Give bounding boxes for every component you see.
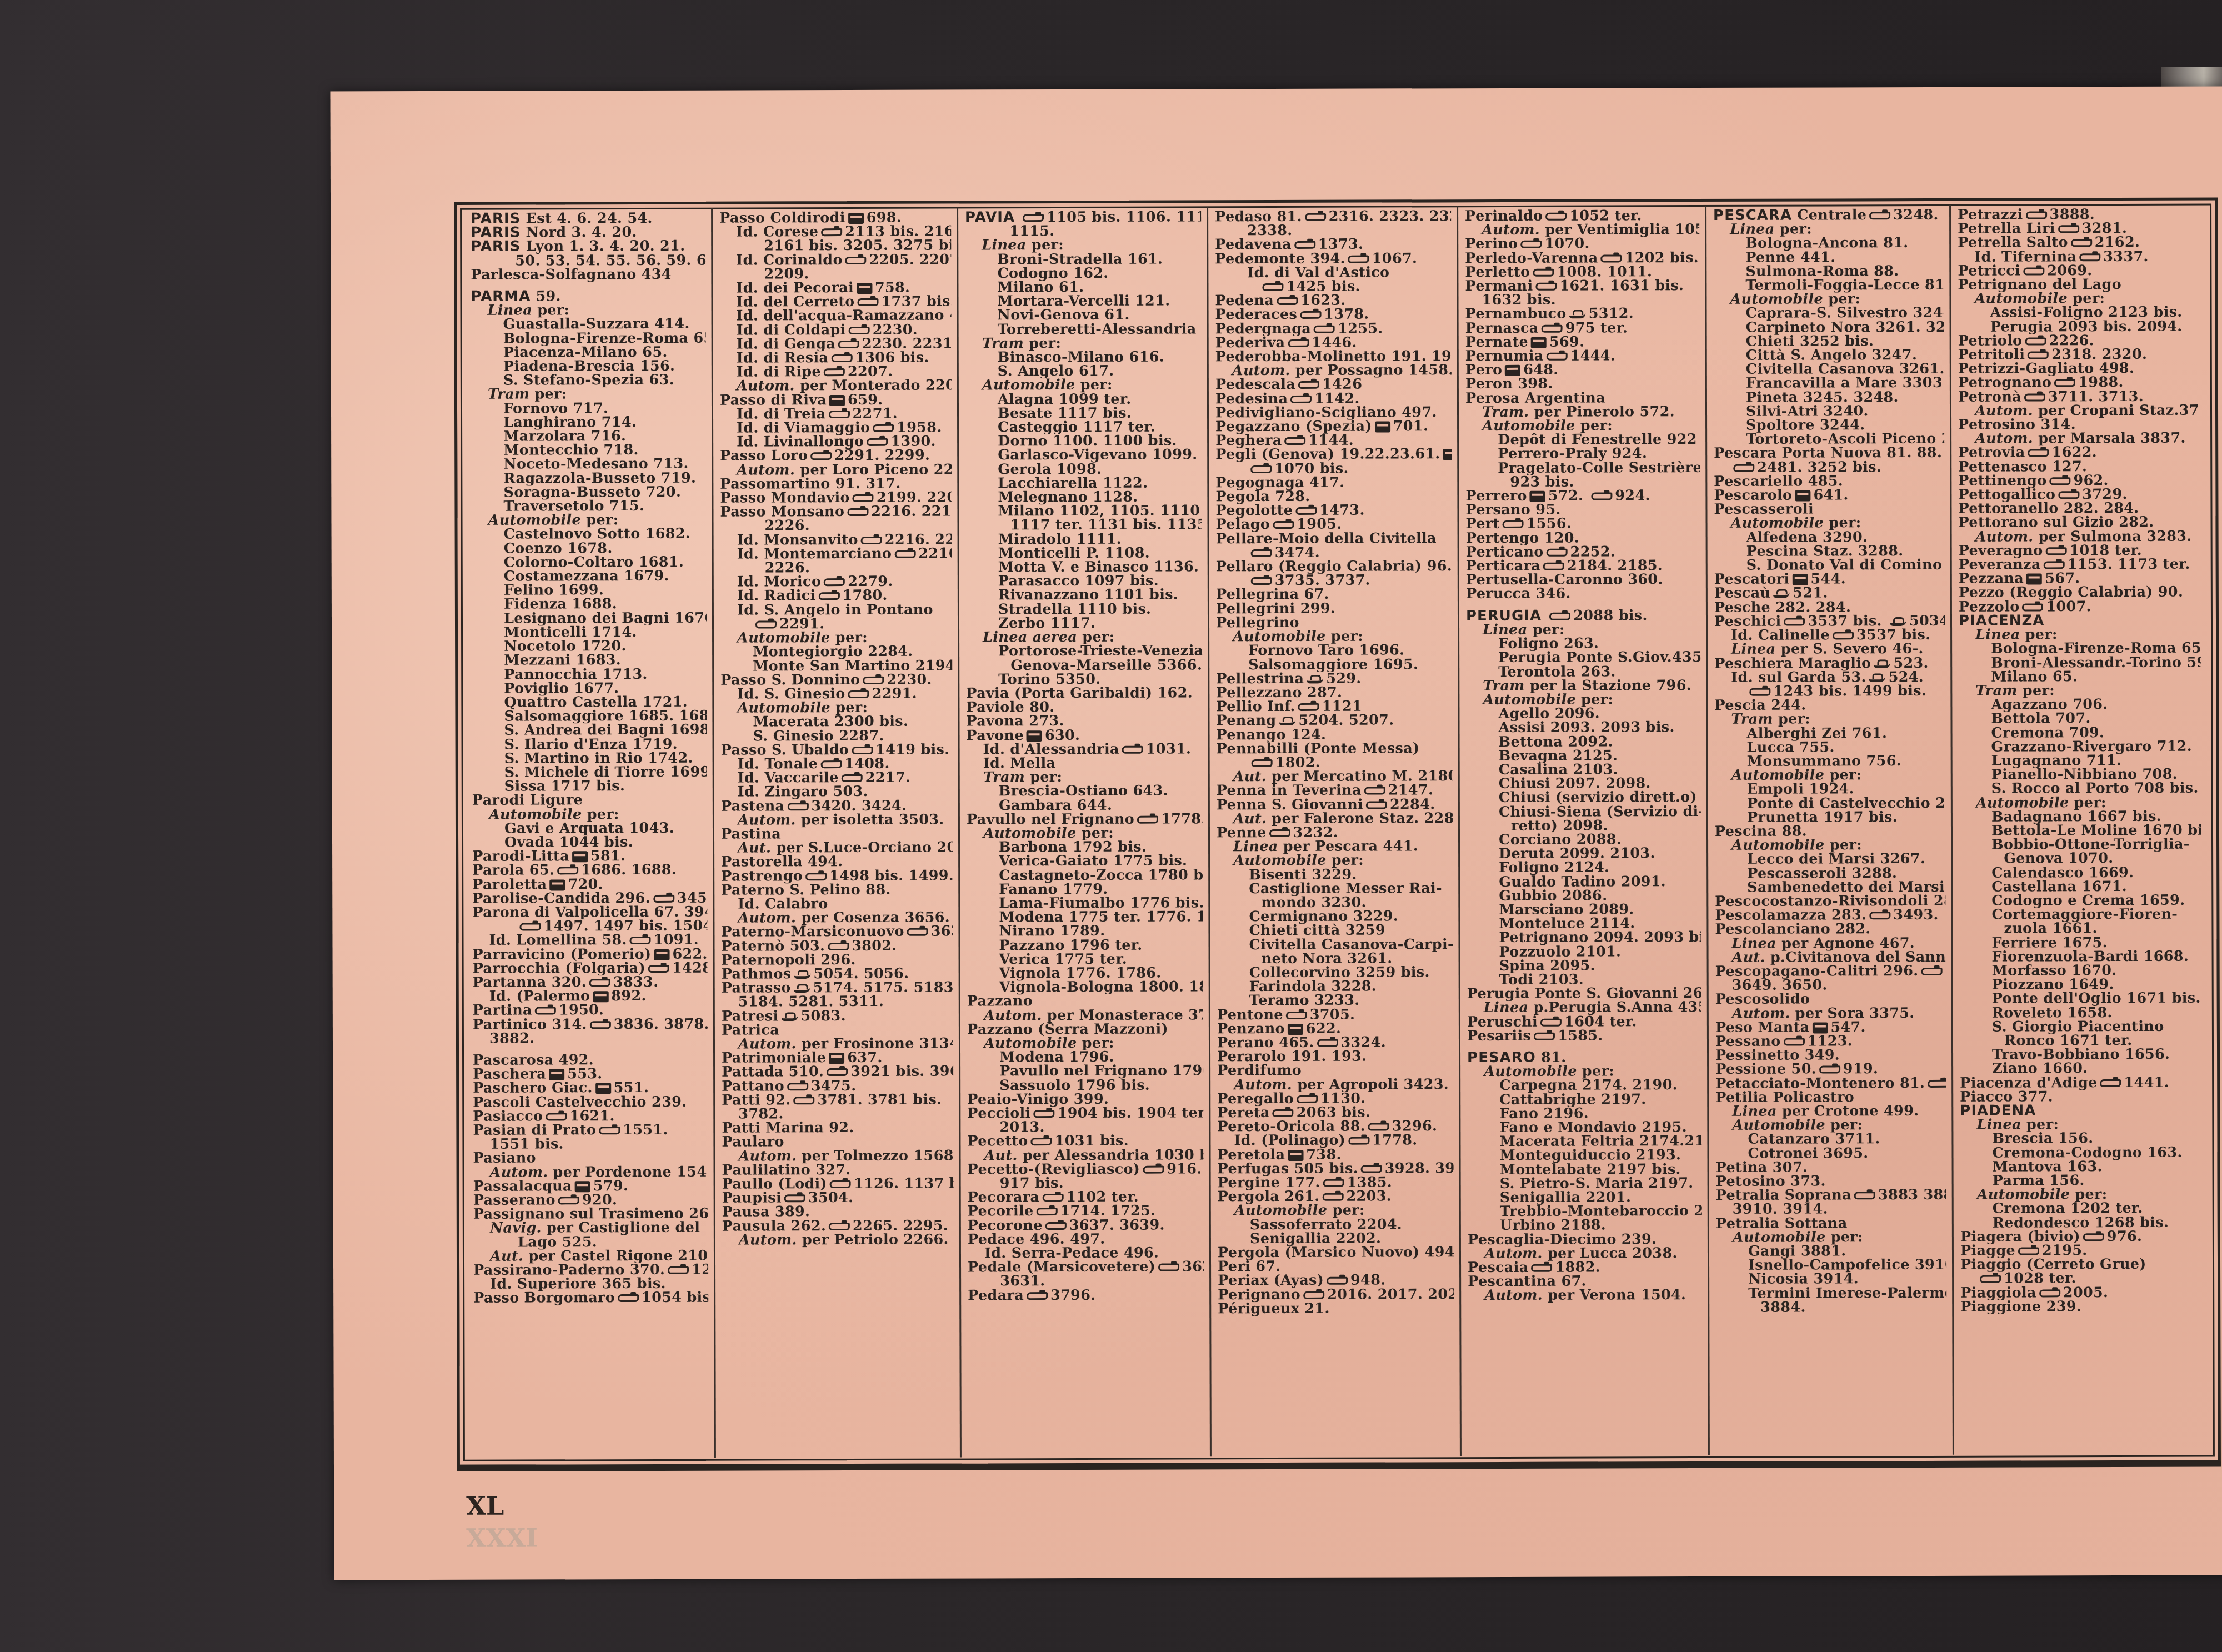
car-icon [2045, 547, 2066, 555]
tram-icon [1288, 1150, 1303, 1161]
entry-refs: 1446. [1312, 336, 1357, 350]
index-entry: Paroletta720. [472, 877, 707, 892]
entry-text: Peaio-Vinigo 399. [967, 1092, 1109, 1107]
entry-text: Gambara 644. [999, 798, 1112, 813]
entry-text: per: [1080, 378, 1113, 393]
index-entry: Automobile per: [720, 701, 952, 715]
car-icon [653, 895, 674, 903]
car-icon [1869, 212, 1890, 219]
index-entry: Automobile per: [1715, 768, 1945, 783]
entry-text: Paschero Giac. [473, 1081, 593, 1095]
entry-text: Passo Coldirodi [719, 211, 845, 226]
index-entry: Salsomaggiore 1695. [1216, 658, 1452, 672]
entry-text: Patti 92. [722, 1093, 790, 1107]
car-icon [1364, 787, 1385, 795]
entry-text: Parona di Valpolicella 67. 394. [472, 905, 707, 920]
index-entry: Linea per Crotone 499. [1715, 1104, 1946, 1119]
entry-text: Perletto [1465, 265, 1530, 279]
entry-text: Pergola (Marsico Nuovo) 494 bis [1218, 1245, 1454, 1260]
entry-text: per Monasterace 3723 [1047, 1008, 1203, 1023]
index-entry: Id. sul Garda 53.524. [1714, 670, 1945, 685]
entry-text: Assisi 2093. 2093 bis. [1498, 720, 1674, 735]
entry-text: Sulmona-Roma 88. [1745, 264, 1899, 279]
index-entry: Automobile per: [1715, 1118, 1946, 1133]
car-icon [535, 1007, 556, 1015]
entry-refs: 3735. 3737. [1275, 573, 1370, 588]
index-entry: Redondesco 1268 bis. [1960, 1215, 2203, 1230]
entry-text: Alfedena 3290. [1746, 530, 1868, 545]
index-entry: Parolise-Candida 296.3455. [472, 891, 707, 905]
entry-text: Torreberetti-Alessandria 125. [998, 322, 1202, 337]
index-entry: Termoli-Foggia-Lecce 81. [1713, 278, 1944, 293]
index-entry: Pedesina1142. [1215, 392, 1452, 406]
index-entry: 923 bis. [1465, 475, 1700, 489]
index-entry: Tram per: [1959, 684, 2201, 698]
index-entry: Novi-Genova 61. [965, 308, 1202, 323]
index-entry: Paschera553. [473, 1067, 708, 1082]
index-entry: Pernumia1444. [1465, 349, 1700, 363]
car-icon [1158, 1264, 1179, 1271]
entry-refs: 3455. [677, 891, 708, 905]
service-type-label: Automobile [737, 701, 830, 715]
entry-text: Ponte di Castelvecchio 2040 [1747, 796, 1945, 810]
entry-text: Id. Serra-Pedace 496. [984, 1246, 1159, 1260]
entry-refs: 581. [590, 849, 625, 864]
entry-text: Perugia 2093 bis. 2094. [1990, 319, 2183, 334]
car-icon [1298, 703, 1319, 711]
entry-text: per: [1032, 238, 1064, 253]
car-icon [1036, 1208, 1057, 1215]
index-entry: Automobile per: [1713, 292, 1944, 307]
entry-refs: 3833. [613, 975, 658, 990]
entry-text: Perucca 346. [1466, 587, 1571, 602]
index-entry: Bettola 707. [1959, 712, 2201, 726]
index-entry: Lago 525. [473, 1235, 708, 1249]
index-entry: Castelnovo Sotto 1682. [472, 527, 707, 542]
index-entry: Broni-Stradella 161. [965, 252, 1201, 267]
entry-text: Miradolo 1111. [998, 532, 1122, 547]
entry-text: Nocetolo 1720. [504, 639, 627, 654]
index-entry: Lugagnano 711. [1959, 754, 2201, 768]
index-entry: Bettola-Le Moline 1670 bis. [1959, 824, 2201, 838]
entry-text: Id. Mella [983, 756, 1056, 770]
index-entry: 3474. [1216, 545, 1452, 560]
index-entry: Automobile per: [1217, 854, 1453, 868]
entry-refs: 2199. 2202. [877, 491, 952, 505]
entry-text: Petralia Soprana [1716, 1188, 1851, 1203]
entry-text: per Sulmona 3283. [2039, 529, 2192, 544]
index-entry: Dorno 1100. 1100 bis. [965, 434, 1202, 449]
entry-text: per isoletta 3503. [801, 813, 944, 827]
entry-text: Petrella Liri [1958, 222, 2055, 236]
entry-text: Parodi Ligure [472, 793, 583, 808]
entry-text: Peregallo [1217, 1092, 1294, 1106]
entry-refs: 1950. [559, 1003, 604, 1018]
index-entry: Paulilatino 327. [722, 1163, 954, 1177]
entry-text: per Marsala 3837. [2038, 432, 2186, 446]
entry-refs: 2230. 2231. [862, 337, 952, 351]
entry-text: Pettoranello 282. 284. [1958, 502, 2139, 516]
entry-refs: 2005. [2063, 1285, 2108, 1300]
entry-text: Id. Corese [736, 225, 818, 239]
entry-text: Catanzaro 3711. [1748, 1132, 1880, 1147]
entry-text: Spoltore 3244. [1746, 418, 1865, 433]
entry-refs: 1958. [897, 421, 942, 435]
service-type-label: Tram [982, 336, 1024, 351]
index-entry: Traversetolo 715. [471, 499, 706, 514]
entry-text: Colorno-Coltaro 1681. [504, 555, 684, 570]
index-entry: Tram per: [471, 387, 706, 402]
index-entry: Pedace 496. 497. [968, 1232, 1204, 1246]
car-icon [1251, 577, 1272, 585]
entry-text: Id. Morico [737, 575, 821, 589]
entry-text: mondo 3230. [1261, 895, 1366, 910]
service-type-label: Autom. [739, 1233, 797, 1247]
entry-text: Brescia 156. [1992, 1132, 2093, 1146]
index-entry: 2161 bis. 3205. 3275 bis. [719, 239, 951, 253]
index-entry: Peri 67. [1218, 1259, 1454, 1274]
car-icon [1542, 324, 1563, 332]
entry-text: Petrizzi-Gagliato 498. [1958, 362, 2134, 376]
entry-refs: 1052 ter. [1569, 209, 1642, 223]
index-entry: 2013. [967, 1120, 1203, 1135]
service-type-label: Autom. [1975, 529, 2034, 544]
car-icon [824, 578, 845, 586]
index-entry: Paschero Giac.551. [473, 1081, 708, 1095]
entry-text: Bevagna 2125. [1499, 749, 1618, 763]
entry-refs: 1497. 1497 bis. 1504. [543, 919, 707, 934]
service-type-label: Autom. [1482, 223, 1540, 237]
index-entry: Mantova 163. [1960, 1159, 2203, 1174]
entry-text: Pegola 728. [1215, 489, 1310, 504]
entry-text: Caprara-S. Silvestro 3244. [1746, 306, 1944, 321]
index-entry: Depôt di Fenestrelle 922 bis [1465, 433, 1700, 447]
entry-refs: 547. [1830, 1020, 1865, 1035]
index-entry: Monteguiduccio 2193. [1467, 1148, 1701, 1163]
index-entry: Genova 1070. [1959, 852, 2201, 866]
entry-text: Pelago [1216, 518, 1270, 532]
entry-refs: 641. [1813, 488, 1848, 503]
index-entry: Automobile per: [965, 378, 1202, 393]
car-icon [793, 1097, 814, 1104]
index-entry: 3884. [1716, 1300, 1946, 1315]
entry-text: S. Giorgio Piacentino [1992, 1019, 2164, 1034]
index-entry: Fanano 1779. [967, 882, 1203, 897]
index-entry: Farindola 3228. [1217, 979, 1453, 994]
index-column-1: PARIS Est 4. 6. 24. 54.PARIS Nord 3. 4. … [464, 208, 716, 1459]
index-entry: Perledo-Varenna1202 bis. [1465, 251, 1699, 266]
index-entry: Grazzano-Rivergaro 712. [1959, 739, 2201, 754]
entry-text: Pavullo nel Frignano 1796 ter [999, 1064, 1203, 1079]
entry-text: Perugia Ponte S.Giov.435. [1498, 650, 1700, 665]
entry-refs: 1054 bis. [642, 1291, 708, 1305]
index-entry: Automobile per: [1714, 516, 1945, 530]
car-icon [1294, 241, 1315, 249]
entry-text: per Castel Rigone 2100. [528, 1249, 708, 1264]
entry-refs: 1882. [1555, 1260, 1600, 1275]
index-entry: Ponte dell'Oglio 1671 bis. [1960, 992, 2202, 1006]
entry-refs: 1142. [1314, 392, 1359, 406]
entry-text: 1115. [1009, 224, 1054, 239]
index-entry: Pezzo (Reggio Calabria) 90. [1959, 585, 2201, 600]
entry-text: Passirano-Paderno 370. [473, 1263, 665, 1278]
index-entry: Autom. per Pordenone 1546. [473, 1165, 708, 1179]
entry-text: Langhirano 714. [503, 415, 637, 430]
entry-refs: 758. [875, 281, 910, 296]
index-entry: Prunetta 1917 bis. [1715, 810, 1945, 825]
entry-text: 2338. [1247, 223, 1292, 238]
index-entry: 1802. [1217, 755, 1453, 770]
entry-text: Perticara [1466, 559, 1540, 573]
entry-text: S. Stefano-Spezia 63. [503, 373, 674, 388]
car-icon [847, 508, 868, 516]
entry-text: Fano 2196. [1499, 1107, 1589, 1121]
car-icon [829, 1223, 850, 1230]
entry-text: Pasian di Prato [473, 1123, 596, 1138]
index-entry: Calendasco 1669. [1959, 865, 2201, 880]
index-entry: Id. Vaccarile2217. [721, 771, 953, 785]
index-entry: Gambara 644. [967, 798, 1203, 813]
entry-refs: 5204. 5207. [1298, 713, 1394, 728]
entry-text: Pastina [721, 827, 781, 841]
index-entry: Gubbio 2086. [1467, 889, 1701, 903]
index-entry: 917 bis. [968, 1176, 1204, 1190]
car-icon [1269, 829, 1290, 837]
index-entry: Motta V. e Binasco 1136. [966, 560, 1202, 574]
index-entry: Chieti città 3259 [1217, 924, 1453, 938]
entry-text: Alagna 1099 ter. [998, 392, 1131, 407]
entry-refs: 2291. [872, 687, 917, 701]
entry-text: Gangi 3881. [1748, 1244, 1846, 1259]
index-entry: Guastalla-Suzzara 414. [471, 317, 706, 332]
car-icon [1285, 437, 1306, 445]
index-entry: Pastorella 494. [721, 855, 953, 869]
index-entry: Autom. per Marsala 3837. [1958, 432, 2200, 446]
index-entry: Partina1950. [473, 1003, 708, 1018]
entry-refs: 1905. [1297, 518, 1342, 532]
car-icon [853, 494, 874, 502]
city-heading: PESARO 81. [1467, 1050, 1701, 1065]
car-icon [1543, 563, 1564, 570]
car-icon [1601, 254, 1622, 262]
entry-text: Penang [1216, 713, 1276, 728]
entry-text: Genova-Marseille 5366. [1010, 658, 1202, 673]
index-entry: Pelago1905. [1216, 518, 1452, 532]
entry-text: per: [1778, 712, 1810, 727]
car-icon [1273, 521, 1294, 529]
entry-text: Penna S. Giovanni [1217, 798, 1363, 812]
entry-text: Patresi [722, 1009, 779, 1023]
entry-refs: 569. [1549, 335, 1584, 349]
entry-text: Montecchio 718. [503, 443, 639, 458]
entry-text: Pessinetto 349. [1715, 1048, 1840, 1063]
entry-text: Nord 3. 4. 20. [526, 226, 637, 240]
entry-text: Petrella Salto [1958, 236, 2068, 250]
car-icon [1327, 1277, 1348, 1285]
car-icon [1300, 311, 1321, 319]
car-icon [519, 923, 541, 931]
entry-text: Pederaces [1215, 308, 1298, 322]
city-heading: PERUGIA 2088 bis. [1466, 609, 1700, 623]
index-entry: Alfedena 3290. [1714, 530, 1945, 545]
car-icon [2028, 449, 2049, 457]
index-entry: Modena 1796. [967, 1050, 1203, 1065]
index-entry: Id. Tonale1408. [721, 757, 953, 771]
service-type-label: Linea [1732, 1104, 1776, 1119]
car-icon [827, 1068, 848, 1076]
car-icon [2024, 393, 2045, 401]
entry-refs: 1778. [1372, 1134, 1417, 1148]
index-entry: Piaggio (Cerreto Grue) [1960, 1258, 2203, 1272]
entry-text: Felino 1699. [504, 583, 604, 598]
index-entry: Montegiorgio 2284. [720, 645, 952, 659]
car-icon [1921, 968, 1942, 975]
entry-refs: 1498 bis. 1499. [829, 869, 953, 883]
car-icon [1980, 1275, 2001, 1283]
car-icon [858, 298, 879, 306]
index-entry: Pergine 177.1385. [1218, 1175, 1454, 1190]
entry-refs: 1028 ter. [2004, 1271, 2076, 1286]
index-entry: Miradolo 1111. [966, 532, 1202, 547]
index-entry: Binasco-Milano 616. [965, 350, 1202, 364]
car-icon [787, 1083, 808, 1090]
index-entry: S. Ilario d'Enza 1719. [472, 737, 707, 752]
index-entry: Macerata Feltria 2174.2190 [1467, 1134, 1701, 1149]
index-entry: Francavilla a Mare 3303. [1714, 376, 1944, 391]
entry-text: Nirano 1789. [999, 924, 1105, 939]
entry-refs: 720. [568, 877, 603, 892]
index-entry: Pazzano (Serra Mazzoni) [967, 1022, 1203, 1037]
entry-text: Pescopagano-Calitri 296. [1715, 964, 1919, 979]
index-entry: Automobile per: [967, 826, 1203, 840]
index-entry: Petricci2069. [1958, 263, 2200, 278]
index-entry: Senigallia 2202. [1218, 1232, 1454, 1246]
index-entry: Pettenasco 127. [1958, 459, 2200, 474]
index-entry: Zerbo 1117. [966, 616, 1202, 630]
entry-text: Verica 1775 ter. [999, 952, 1127, 967]
index-entry: 3735. 3737. [1216, 573, 1452, 588]
index-entry: Id. Radici1780. [720, 589, 952, 603]
index-entry: Petronà3711. 3713. [1958, 389, 2200, 404]
index-entry: Soragna-Busseto 720. [471, 485, 706, 500]
index-entry: Pettinengo962. [1958, 474, 2200, 488]
entry-text: Costamezzana 1679. [504, 569, 669, 584]
car-icon [1317, 1039, 1338, 1047]
entry-text: Passo Borgomaro [473, 1291, 615, 1305]
entry-refs: 1031. [1146, 742, 1191, 757]
index-entry: Id. d'Alessandria1031. [967, 742, 1203, 757]
city-heading: PIADENA [1960, 1104, 2202, 1118]
index-entry: Corciano 2088. [1467, 833, 1701, 847]
index-entry: Pasiano [473, 1151, 708, 1165]
index-entry: 2481. 3252 bis. [1714, 460, 1944, 475]
car-icon [838, 341, 859, 348]
entry-refs: 1008. 1011. [1557, 265, 1652, 279]
car-icon [1534, 1032, 1555, 1040]
entry-text: Id. dell'acqua-Ramazzano 434 [737, 309, 952, 323]
entry-text: Modena 1796. [999, 1050, 1114, 1065]
entry-refs: 3626. [1182, 1260, 1204, 1275]
index-entry: Pedemonte 394.1067. [1215, 252, 1451, 266]
index-entry: S. Ginesio 2287. [721, 729, 953, 743]
entry-text: p.Perugia S.Anna 435 [1533, 1000, 1701, 1015]
entry-text: Agazzano 706. [1991, 698, 2108, 712]
entry-text: Paularo [722, 1135, 784, 1149]
service-type-label: Tram. [1482, 405, 1529, 419]
entry-text: Penne 441. [1745, 250, 1835, 264]
entry-refs: 1622. [2052, 445, 2097, 460]
entry-refs: 3504. [808, 1191, 853, 1205]
index-entry: Petacciato-Montenero 81.33 7 [1715, 1076, 1946, 1090]
entry-refs: 523. [1893, 656, 1928, 670]
index-entry: Pellare-Moio della Civitella [1216, 532, 1452, 546]
service-type-label: Automobile [1233, 854, 1327, 868]
tram-icon [857, 283, 872, 294]
index-entry: Felino 1699. [472, 583, 707, 598]
index-entry: Silvi-Atri 3240. [1714, 404, 1944, 419]
service-type-label: Automobile [1233, 629, 1326, 644]
entry-text: Todi 2103. [1499, 973, 1584, 987]
index-entry: Castellana 1671. [1959, 879, 2201, 894]
entry-text: Passo di Riva [720, 393, 827, 407]
entry-text: Pascarosa 492. [473, 1053, 594, 1068]
entry-text: Petralia Sottana [1716, 1216, 1848, 1230]
index-entry: Monsummano 756. [1715, 754, 1945, 769]
entry-text: S. Michele di Tiorre 1699. [504, 765, 707, 780]
index-entry: Pescosolido [1715, 992, 1946, 1007]
index-entry: Passerano920. [473, 1193, 708, 1208]
entry-refs: 3296. [1392, 1119, 1437, 1134]
index-entry: Pettoranello 282. 284. [1958, 502, 2200, 516]
entry-text: Terontola 263. [1498, 665, 1616, 679]
entry-text: Senigallia 2201. [1500, 1190, 1631, 1205]
entry-text: per: [1581, 693, 1613, 707]
car-icon [1298, 381, 1319, 389]
index-entry: Petrella Liri3281. [1958, 222, 2200, 236]
index-entry: S. Stefano-Spezia 63. [471, 373, 706, 388]
entry-refs: 976. [2107, 1229, 2142, 1244]
entry-text: Pesariis [1467, 1029, 1531, 1043]
entry-text: Monsummano 756. [1747, 754, 1901, 769]
index-entry: Perinaldo1052 ter. [1465, 209, 1699, 223]
entry-text: Fornovo Taro 1696. [1248, 643, 1404, 658]
entry-refs: 551. [614, 1081, 649, 1095]
boat-icon [1569, 310, 1586, 319]
entry-refs: 3281. [2082, 222, 2127, 236]
entry-text: Pesche 282. 284. [1714, 600, 1851, 615]
index-entry: Brescia-Ostiano 643. [967, 784, 1203, 799]
index-entry: Ovada 1044 bis. [472, 835, 707, 850]
entry-text: Pecorara [968, 1190, 1040, 1205]
entry-refs: 2265. 2295. [853, 1219, 948, 1233]
entry-text: per: [1332, 854, 1364, 868]
entry-text: Petrignano del Lago [1958, 278, 2121, 292]
index-entry: Peaio-Vinigo 399. [967, 1092, 1203, 1107]
index-entry: Piadena-Brescia 156. [471, 359, 706, 374]
index-entry: Linea per: [1466, 623, 1700, 637]
index-entry: Pernasca975 ter. [1465, 321, 1700, 336]
entry-text: 81. [1541, 1050, 1566, 1065]
index-entry: Id. dei Pecorai758. [719, 281, 951, 296]
entry-text: Pescasseroli [1714, 502, 1814, 517]
index-entry: Autom. per Possagno 1458. [1215, 363, 1452, 378]
entry-refs: 738. [1306, 1148, 1341, 1162]
index-entry: Pescia 244. [1714, 698, 1945, 713]
entry-text: Pavona 273. [966, 714, 1064, 729]
index-entry: Sissa 1717 bis. [472, 779, 707, 794]
entry-text: Modena 1775 ter. 1776. 1801. [999, 910, 1203, 925]
entry-text: Pedergnaga [1215, 322, 1312, 336]
